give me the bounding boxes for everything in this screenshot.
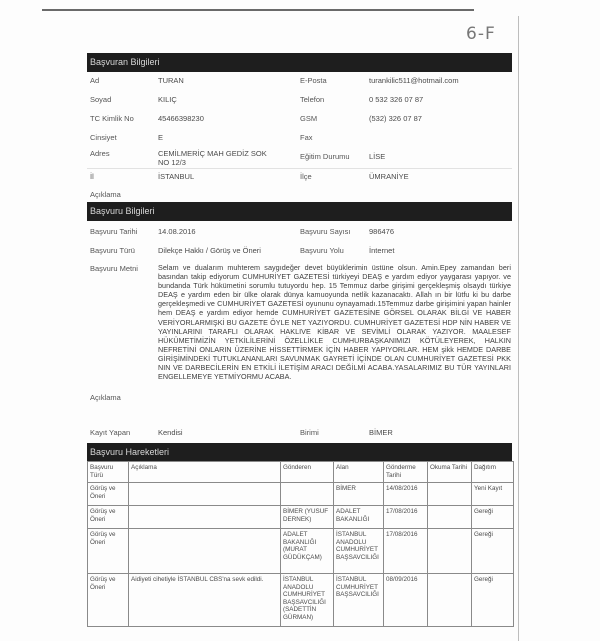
applicant-field-label: Cinsiyet	[90, 133, 117, 142]
movements-header-row: Başvuru TürüAçıklamaGönderenAlanGönderme…	[88, 462, 514, 483]
table-cell: Gereği	[472, 529, 514, 574]
top-rule	[42, 9, 474, 11]
applicant-field-label: İl	[90, 172, 94, 181]
table-cell: Aidiyeti cihetiyle İSTANBUL CBS'na sevk …	[129, 574, 281, 627]
table-cell: ADALET BAKANLIĞI	[334, 506, 384, 529]
applicant-field-label: TC Kimlik No	[90, 114, 134, 123]
applicant-field-value: İSTANBUL	[158, 172, 276, 181]
column-header: Gönderme Tarihi	[384, 462, 428, 483]
column-header: Dağıtım	[472, 462, 514, 483]
applicant-field-value: CEMİLMERİÇ MAH GEDİZ SOK NO 12/3	[158, 149, 276, 167]
applicant-field-value: (532) 326 07 87	[369, 114, 422, 123]
applicant-field-value: LİSE	[369, 152, 385, 161]
table-cell: 17/08/2016	[384, 506, 428, 529]
handwritten-page-mark: 6-F	[466, 24, 496, 44]
unit-value: BİMER	[369, 428, 393, 437]
table-cell: Gereği	[472, 574, 514, 627]
table-cell: 08/09/2016	[384, 574, 428, 627]
applicant-field-label: Telefon	[300, 95, 324, 104]
application-type-label: Başvuru Türü	[90, 246, 135, 255]
row-separator	[87, 168, 512, 169]
table-cell	[428, 529, 472, 574]
column-header: Başvuru Türü	[88, 462, 129, 483]
table-cell: Yeni Kayıt	[472, 483, 514, 506]
movements-section-header: Başvuru Hareketleri	[87, 443, 512, 462]
table-cell: 17/08/2016	[384, 529, 428, 574]
table-cell: ADALET BAKANLIĞI (MURAT GÜDÜKÇAM)	[281, 529, 334, 574]
applicant-field-value: KILIÇ	[158, 95, 276, 104]
application-type-value: Dilekçe Hakkı / Görüş ve Öneri	[158, 246, 261, 255]
applicant-field-label: GSM	[300, 114, 317, 123]
applicant-field-value: E	[158, 133, 276, 142]
table-row: Görüş ve ÖneriBİMER (YUSUF DERNEK)ADALET…	[88, 506, 514, 529]
application-note-label: Açıklama	[90, 393, 121, 402]
application-text-label: Başvuru Metni	[90, 264, 138, 273]
table-cell: BİMER	[334, 483, 384, 506]
applicant-field-value: 45466398230	[158, 114, 276, 123]
table-cell: İSTANBUL ANADOLU CUMHURİYET BAŞSAVCILIĞI…	[281, 574, 334, 627]
application-channel-value: İnternet	[369, 246, 394, 255]
column-header: Alan	[334, 462, 384, 483]
unit-label: Birimi	[300, 428, 319, 437]
application-channel-label: Başvuru Yolu	[300, 246, 344, 255]
applicant-field-value: 0 532 326 07 87	[369, 95, 423, 104]
table-cell: Gereği	[472, 506, 514, 529]
applicant-field-label: Adres	[90, 149, 110, 158]
applicant-section-header: Başvuran Bilgileri	[87, 53, 512, 72]
page-edge-rule	[518, 16, 519, 641]
applicant-field-value: ÜMRANİYE	[369, 172, 409, 181]
column-header: Açıklama	[129, 462, 281, 483]
movements-table: Başvuru TürüAçıklamaGönderenAlanGönderme…	[87, 461, 514, 627]
table-cell	[129, 483, 281, 506]
table-cell: Görüş ve Öneri	[88, 483, 129, 506]
table-row: Görüş ve ÖneriBİMER14/08/2016Yeni Kayıt	[88, 483, 514, 506]
table-cell	[129, 529, 281, 574]
applicant-field-value: turankilic511@hotmail.com	[369, 76, 459, 85]
applicant-field-label: Açıklama	[90, 190, 121, 199]
table-cell	[281, 483, 334, 506]
movements-body: Görüş ve ÖneriBİMER14/08/2016Yeni KayıtG…	[88, 483, 514, 627]
recorder-value: Kendisi	[158, 428, 183, 437]
table-cell	[428, 506, 472, 529]
applicant-field-label: E-Posta	[300, 76, 327, 85]
table-cell: İSTANBUL CUMHURİYET BAŞSAVCILIĞI	[334, 574, 384, 627]
table-cell: İSTANBUL ANADOLU CUMHURİYET BAŞSAVCILIĞI	[334, 529, 384, 574]
table-cell	[428, 483, 472, 506]
table-cell	[129, 506, 281, 529]
column-header: Gönderen	[281, 462, 334, 483]
applicant-field-label: Soyad	[90, 95, 111, 104]
recorder-label: Kayıt Yapan	[90, 428, 130, 437]
application-number-value: 986476	[369, 227, 394, 236]
table-cell: Görüş ve Öneri	[88, 506, 129, 529]
table-cell: 14/08/2016	[384, 483, 428, 506]
table-row: Görüş ve ÖneriADALET BAKANLIĞI (MURAT GÜ…	[88, 529, 514, 574]
applicant-field-label: Ad	[90, 76, 99, 85]
applicant-field-label: Fax	[300, 133, 313, 142]
table-cell	[428, 574, 472, 627]
applicant-field-label: İlçe	[300, 172, 312, 181]
applicant-field-value: TURAN	[158, 76, 276, 85]
table-cell: Görüş ve Öneri	[88, 529, 129, 574]
application-number-label: Başvuru Sayısı	[300, 227, 350, 236]
table-row: Görüş ve ÖneriAidiyeti cihetiyle İSTANBU…	[88, 574, 514, 627]
application-date-label: Başvuru Tarihi	[90, 227, 137, 236]
table-cell: Görüş ve Öneri	[88, 574, 129, 627]
application-text-body: Selam ve dualarım muhterem saygıdeğer de…	[158, 263, 511, 381]
column-header: Okuma Tarihi	[428, 462, 472, 483]
table-cell: BİMER (YUSUF DERNEK)	[281, 506, 334, 529]
application-section-header: Başvuru Bilgileri	[87, 202, 512, 221]
applicant-field-label: Eğitim Durumu	[300, 152, 350, 161]
application-date-value: 14.08.2016	[158, 227, 196, 236]
